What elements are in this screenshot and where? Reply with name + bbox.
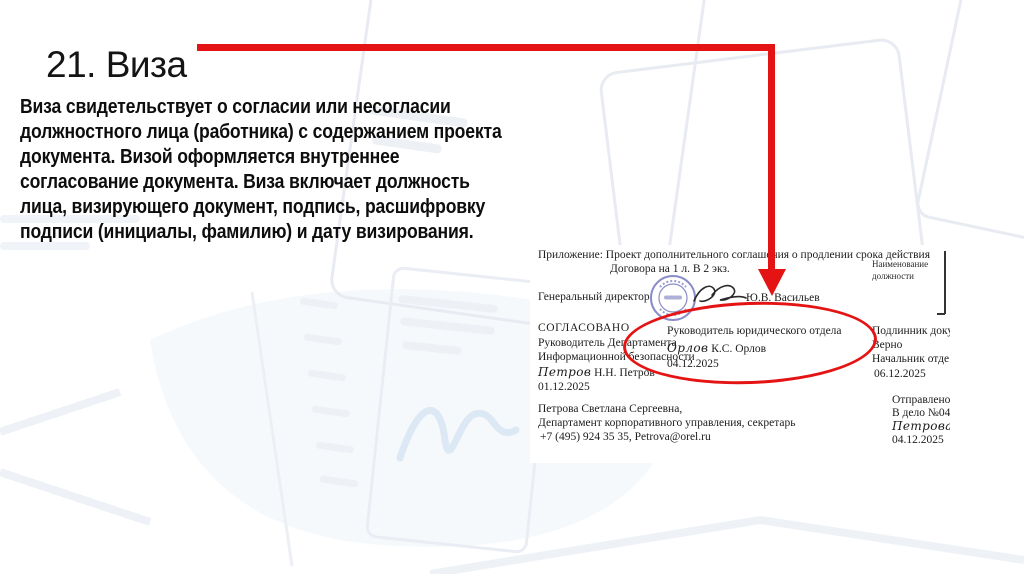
intro-line: Виза свидетельствует о согласии или несо… — [20, 95, 530, 120]
role-note-line-1: Наименование — [872, 259, 928, 270]
intro-paragraph: Виза свидетельствует о согласии или несо… — [20, 95, 530, 245]
slide-title: 21. Виза — [46, 44, 187, 86]
dispatch-signature: Петрова — [892, 419, 950, 433]
executor-line-3: +7 (495) 924 35 35, Petrova@orel.ru — [540, 431, 711, 445]
dispatch-date: 04.12.2025 — [892, 434, 944, 448]
arrow-shaft-vertical — [768, 44, 775, 270]
certify-line-1: Подлинник доку — [872, 325, 950, 339]
approved-signature: Петров — [538, 365, 591, 379]
approved-signature-row: Петров Н.Н. Петров — [538, 365, 655, 381]
intro-line: документа. Визой оформляется внутреннее — [20, 145, 530, 170]
intro-line: должностного лица (работника) с содержан… — [20, 120, 530, 145]
dispatch-line-1: Отправлено — [892, 394, 950, 408]
director-position: Генеральный директор — [538, 291, 650, 305]
role-note-bracket-foot — [937, 313, 945, 315]
approved-date: 01.12.2025 — [538, 381, 590, 395]
intro-line: согласование документа. Виза включает до… — [20, 170, 530, 195]
arrow-head-icon — [758, 269, 786, 296]
arrow-shaft-horizontal — [197, 44, 775, 51]
executor-line-2: Департамент корпоративного управления, с… — [538, 417, 795, 431]
approved-heading: СОГЛАСОВАНО — [538, 322, 630, 336]
intro-line: подписи (инициалы, фамилию) и дату визир… — [20, 220, 530, 245]
role-note-bracket — [944, 251, 946, 314]
certify-line-3: Начальник отде. — [872, 353, 950, 367]
role-note-line-2: должности — [872, 271, 914, 282]
executor-line-1: Петрова Светлана Сергеевна, — [538, 403, 682, 417]
presentation-slide: 21. Виза Виза свидетельствует о согласии… — [0, 0, 1024, 574]
certify-date: 06.12.2025 — [874, 368, 926, 382]
intro-line: лица, визирующего документ, подпись, рас… — [20, 195, 530, 220]
